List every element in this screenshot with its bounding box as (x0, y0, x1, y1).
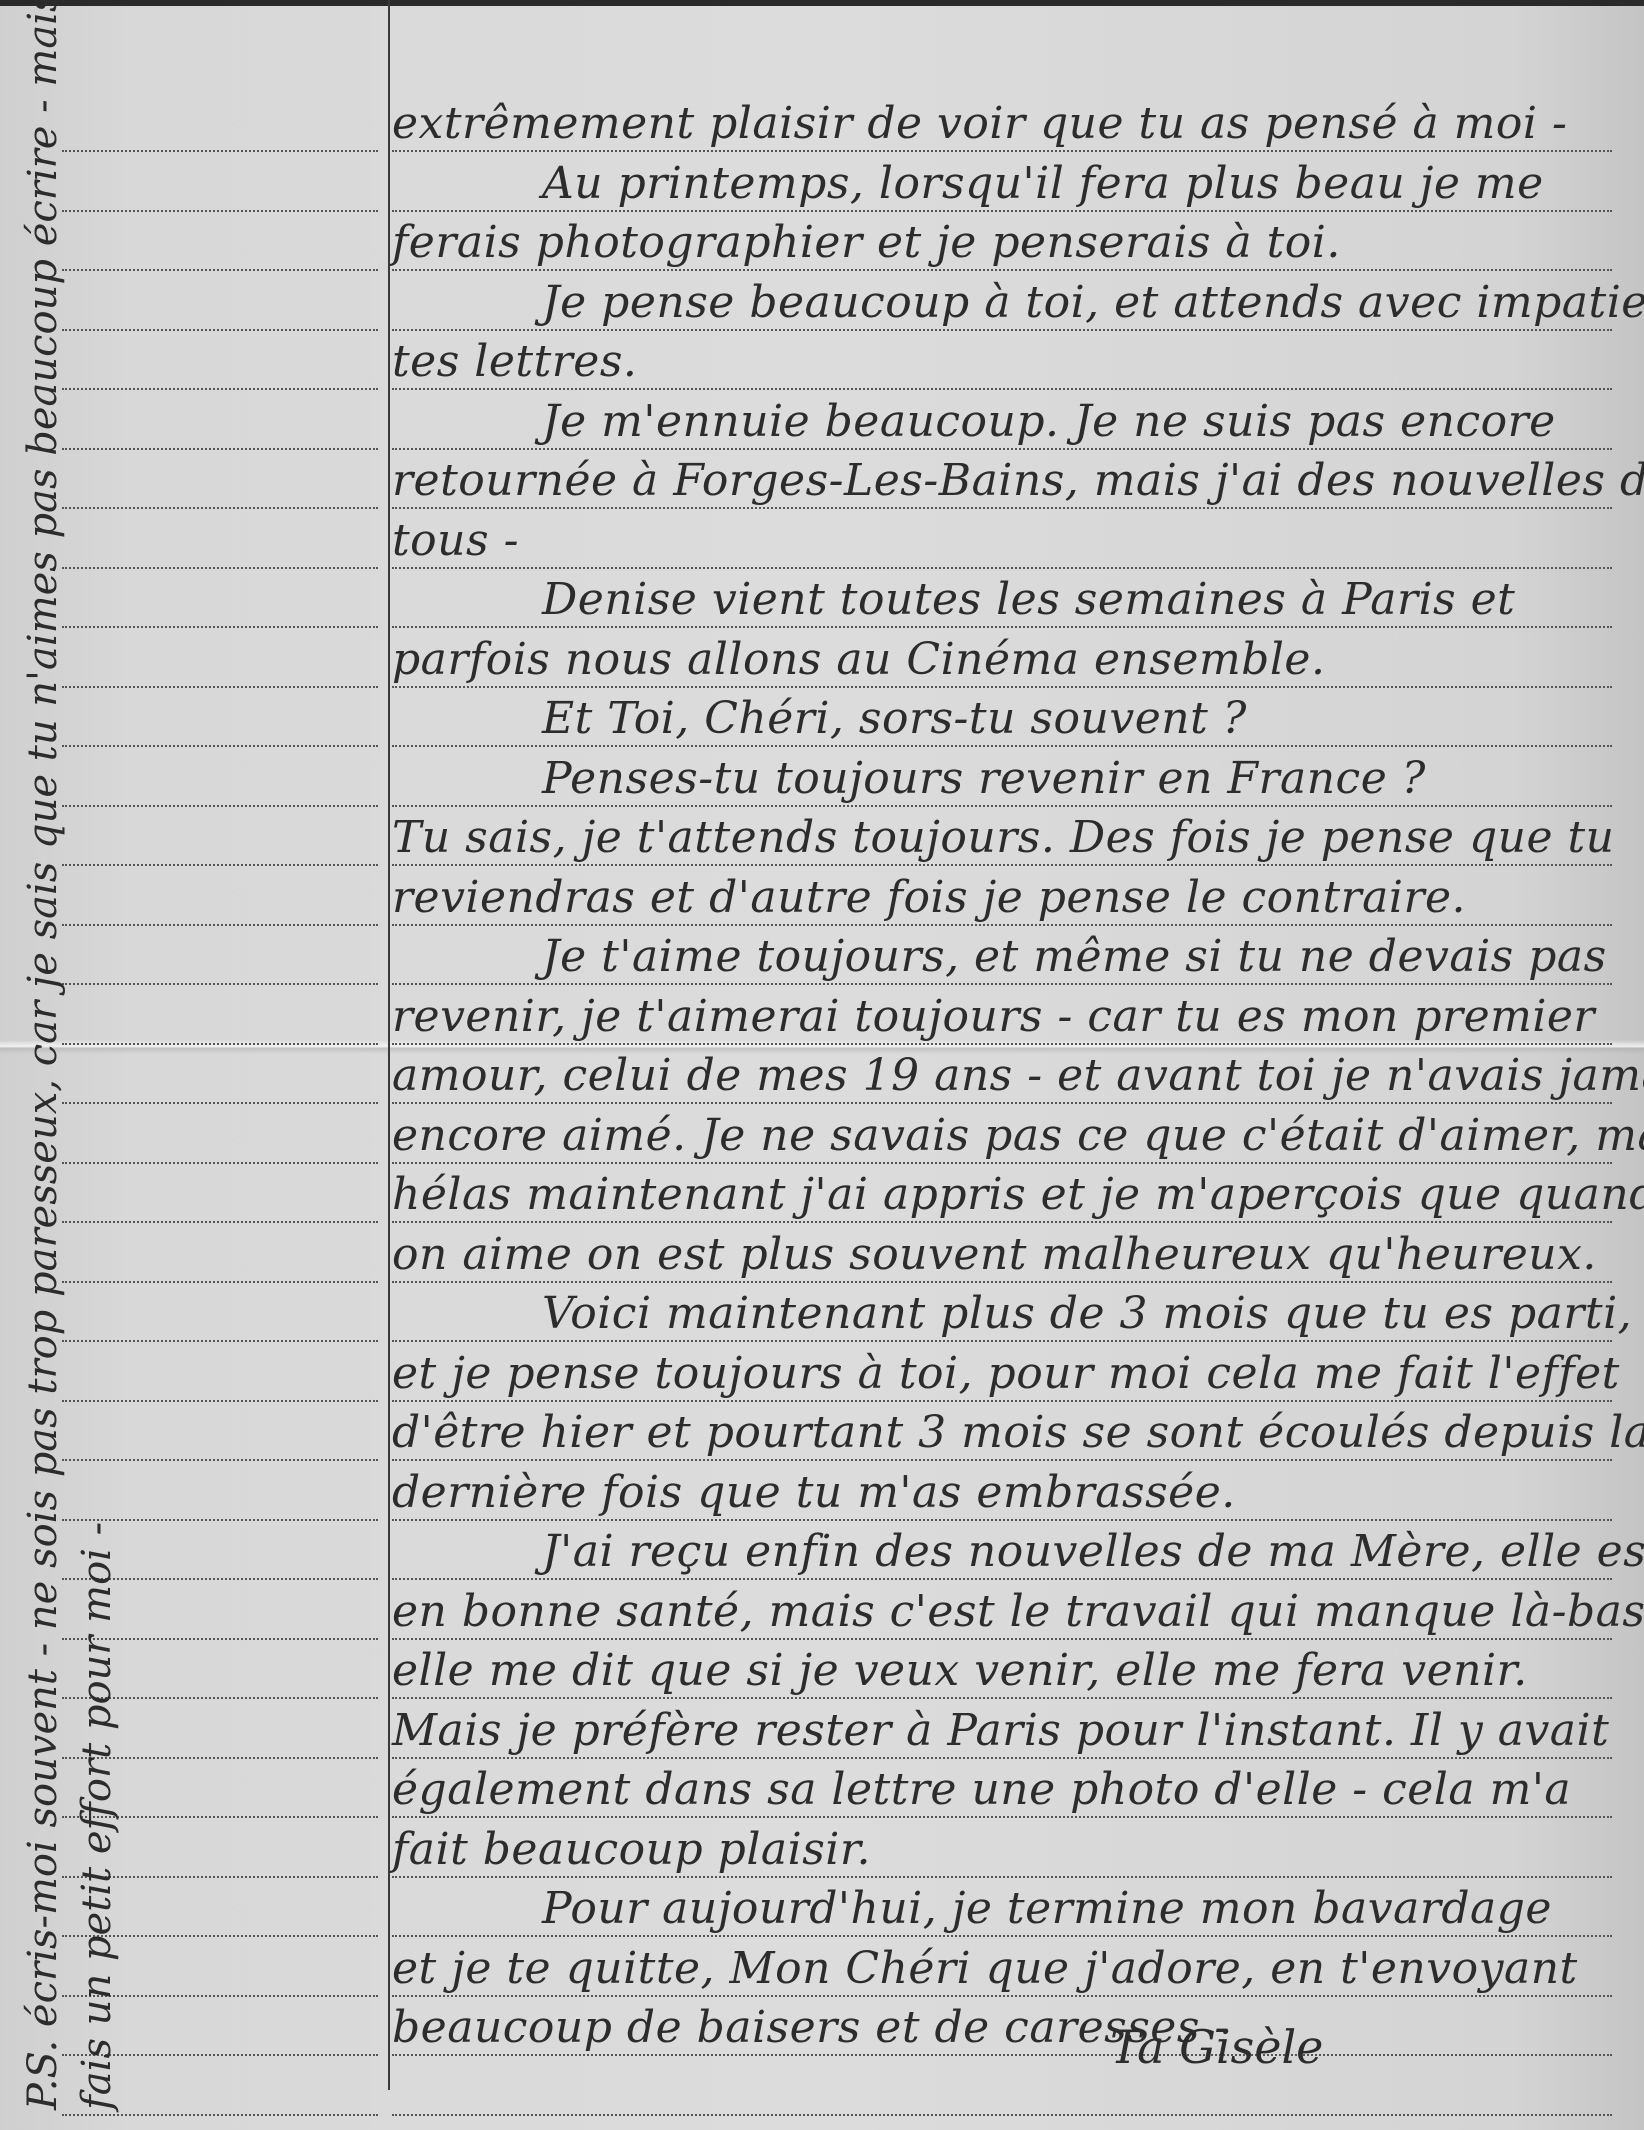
page-rule (392, 924, 1612, 926)
page-rule (392, 1638, 1612, 1640)
letter-line: tes lettres. (392, 336, 1632, 387)
page-rule (392, 1757, 1612, 1759)
letter-line: elle me dit que si je veux venir, elle m… (392, 1645, 1632, 1696)
letter-line: Voici maintenant plus de 3 mois que tu e… (392, 1288, 1644, 1339)
letter-line: en bonne santé, mais c'est le travail qu… (392, 1586, 1632, 1637)
page-rule (392, 1102, 1612, 1104)
page-rule (392, 567, 1612, 569)
page-rule (392, 329, 1612, 331)
page-rule (392, 983, 1612, 985)
letter-line: beaucoup de baisers et de caresses - (392, 2002, 1632, 2053)
page-rule (392, 864, 1612, 866)
letter-line: Penses-tu toujours revenir en France ? (392, 753, 1644, 804)
page-rule (392, 1459, 1612, 1461)
page-rule (392, 626, 1612, 628)
page-rule (392, 1876, 1612, 1878)
letter-line: encore aimé. Je ne savais pas ce que c'é… (392, 1110, 1632, 1161)
page-rule (392, 1816, 1612, 1818)
page-rule (392, 1697, 1612, 1699)
margin-line (388, 0, 390, 2090)
letter-page: extrêmement plaisir de voir que tu as pe… (0, 0, 1644, 2130)
letter-line: et je pense toujours à toi, pour moi cel… (392, 1348, 1632, 1399)
postscript-line-2: fais un petit effort pour moi - (74, 1522, 120, 2110)
page-rule (392, 745, 1612, 747)
letter-line: reviendras et d'autre fois je pense le c… (392, 872, 1632, 923)
letter-line: tous - (392, 515, 1632, 566)
letter-line: extrêmement plaisir de voir que tu as pe… (392, 98, 1632, 149)
page-rule (392, 1995, 1612, 1997)
page-rule (392, 1162, 1612, 1164)
letter-line: Je pense beaucoup à toi, et attends avec… (392, 277, 1644, 328)
page-rule (392, 1519, 1612, 1521)
page-rule (392, 1043, 1612, 1045)
page-rule (392, 686, 1612, 688)
letter-line: on aime on est plus souvent malheureux q… (392, 1229, 1632, 1280)
page-rule (392, 1935, 1612, 1937)
page-rule (392, 1221, 1612, 1223)
letter-line: Et Toi, Chéri, sors-tu souvent ? (392, 693, 1644, 744)
letter-line: et je te quitte, Mon Chéri que j'adore, … (392, 1943, 1632, 1994)
letter-line: Tu sais, je t'attends toujours. Des fois… (392, 812, 1632, 863)
letter-line: également dans sa lettre une photo d'ell… (392, 1764, 1632, 1815)
page-rule (392, 210, 1612, 212)
page-rule (392, 507, 1612, 509)
letter-line: amour, celui de mes 19 ans - et avant to… (392, 1050, 1632, 1101)
letter-line: Je m'ennuie beaucoup. Je ne suis pas enc… (392, 396, 1644, 447)
postscript: P.S. écris-moi souvent - ne sois pas tro… (0, 0, 150, 2130)
letter-line: Mais je préfère rester à Paris pour l'in… (392, 1705, 1632, 1756)
letter-line: J'ai reçu enfin des nouvelles de ma Mère… (392, 1526, 1644, 1577)
letter-line: Je t'aime toujours, et même si tu ne dev… (392, 931, 1644, 982)
page-rule (392, 388, 1612, 390)
letter-line: Denise vient toutes les semaines à Paris… (392, 574, 1644, 625)
page-rule (392, 1400, 1612, 1402)
page-rule (392, 1281, 1612, 1283)
page-rule (392, 2114, 1612, 2116)
letter-line: fait beaucoup plaisir. (392, 1824, 1632, 1875)
page-rule (392, 2054, 1612, 2056)
letter-line: hélas maintenant j'ai appris et je m'ape… (392, 1169, 1632, 1220)
letter-line: dernière fois que tu m'as embrassée. (392, 1467, 1632, 1518)
letter-line: Pour aujourd'hui, je termine mon bavarda… (392, 1883, 1644, 1934)
letter-line: ferais photographier et je penserais à t… (392, 217, 1632, 268)
page-rule (392, 1578, 1612, 1580)
signature: Ta Gisèle (1110, 2020, 1323, 2074)
letter-line: retournée à Forges-Les-Bains, mais j'ai … (392, 455, 1632, 506)
page-rule (392, 1340, 1612, 1342)
page-rule (392, 805, 1612, 807)
page-rule (392, 269, 1612, 271)
letter-line: Au printemps, lorsqu'il fera plus beau j… (392, 158, 1644, 209)
letter-line: parfois nous allons au Cinéma ensemble. (392, 634, 1632, 685)
letter-line: d'être hier et pourtant 3 mois se sont é… (392, 1407, 1632, 1458)
postscript-line-1: P.S. écris-moi souvent - ne sois pas tro… (20, 0, 66, 2110)
letter-line: revenir, je t'aimerai toujours - car tu … (392, 991, 1632, 1042)
page-rule (392, 448, 1612, 450)
page-rule (392, 150, 1612, 152)
